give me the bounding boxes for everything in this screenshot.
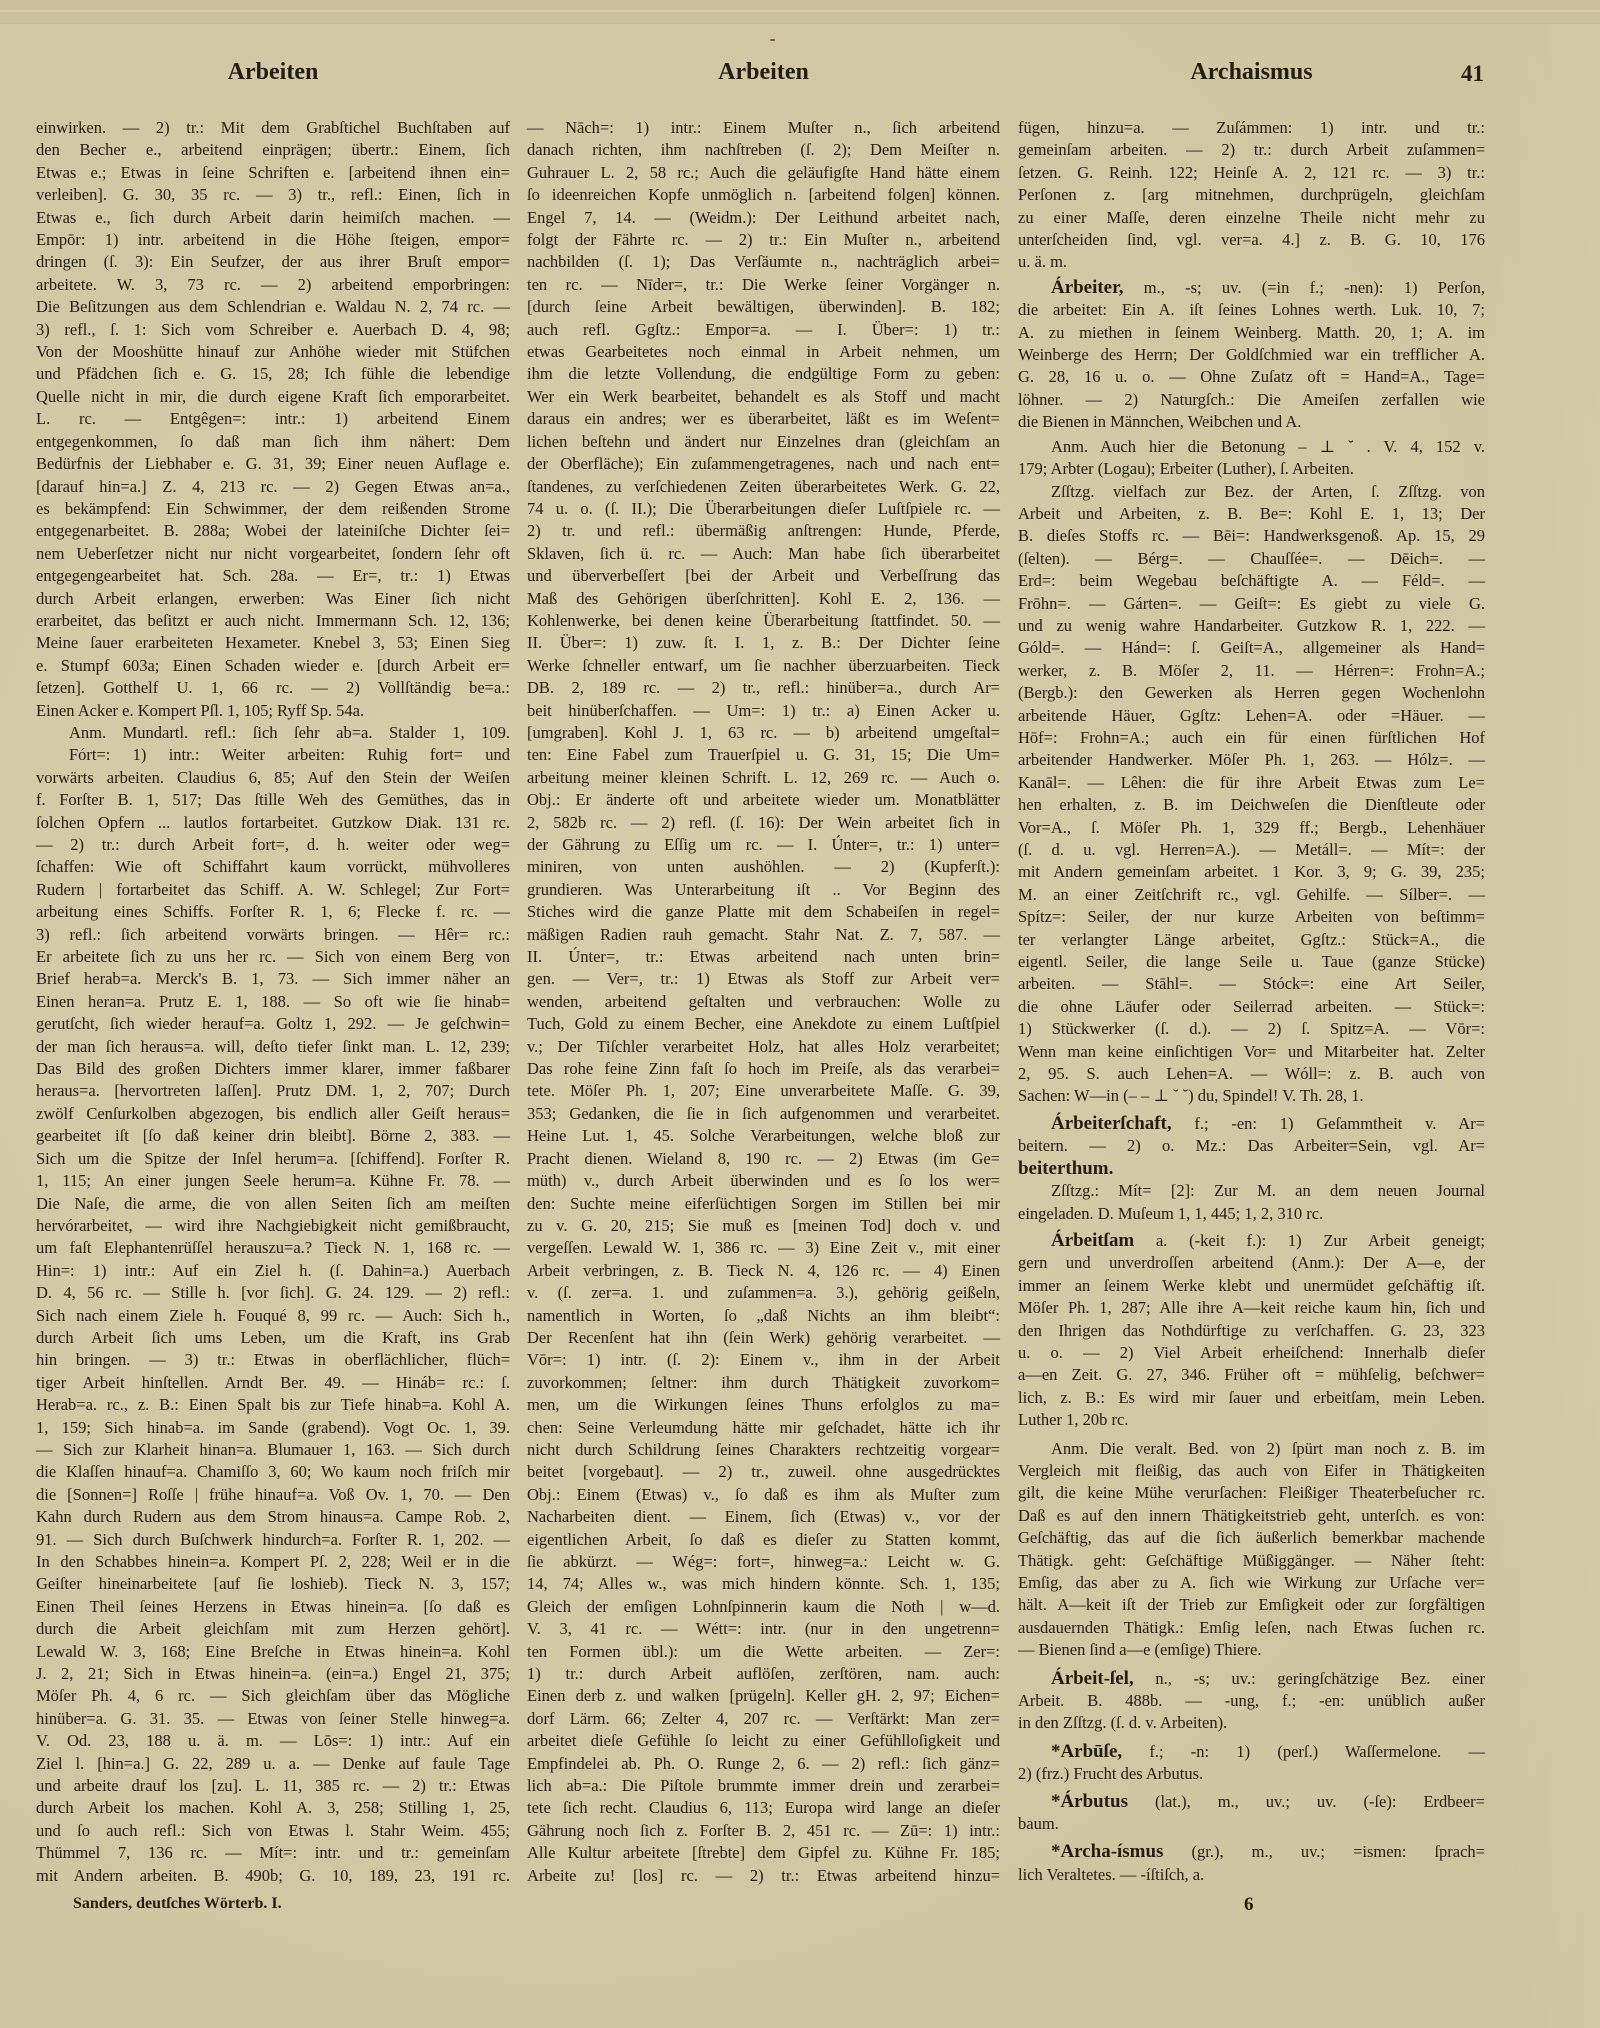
line-text: Weinberge des Herrn; Der Goldſchmied war… xyxy=(1018,345,1485,364)
text-line: namentlich in Worten, ſo „daß Nichts an … xyxy=(527,1305,1000,1327)
line-text: daraus ein andres; wer es überarbeitet, … xyxy=(527,409,1000,428)
text-line: Werke ſchneller entwarf, um ſie nachher … xyxy=(527,655,1000,677)
line-text: Von der Mooshütte hinauf zur Anhöhe wied… xyxy=(36,342,510,361)
text-line: Er arbeitete ſich zu uns her rc. — Sich … xyxy=(36,946,510,968)
text-line: Gährung noch ſich z. Forſter B. 2, 451 r… xyxy=(527,1820,1000,1842)
line-text: Einen derb z. und walken [prügeln]. Kell… xyxy=(527,1686,1000,1705)
text-line: Fórt=: 1) intr.: Weiter arbeiten: Ruhig … xyxy=(36,744,510,766)
text-line: tete. Möſer Ph. 1, 207; Eine unverarbeit… xyxy=(527,1080,1000,1102)
line-text: 1) tr.: durch Arbeit auflöſen, zerſtören… xyxy=(527,1664,1000,1683)
column-center: — Nāch=: 1) intr.: Einem Muſter n., ſich… xyxy=(527,117,1000,1887)
text-line: zu einer Maſſe, deren einzelne Theile ni… xyxy=(1018,207,1485,229)
text-line: (Bergb.): den Gewerken als Herren gegen … xyxy=(1018,682,1485,704)
text-line: Hin=: 1) intr.: Auf ein Ziel h. (ſ. Dahi… xyxy=(36,1260,510,1282)
text-line: ſo ideenreichen Kopfe unmöglich n. [arbe… xyxy=(527,184,1000,206)
running-head-left: Arbeiten xyxy=(36,60,510,84)
text-line: — Nāch=: 1) intr.: Einem Muſter n., ſich… xyxy=(527,117,1000,139)
line-text: Empōr: 1) intr. arbeitend in die Höhe ſt… xyxy=(36,230,510,249)
text-line: ſtandenes, zu verſchiedenen Zeiten übera… xyxy=(527,476,1000,498)
text-line: der Gährung zu Eſſig um rc. — I. Únter=,… xyxy=(527,834,1000,856)
text-line: Kanāl=. — Lêhen: die für ihre Arbeit Etw… xyxy=(1018,772,1485,794)
text-line: a—en Zeit. G. 27, 346. Früher oft = mühſ… xyxy=(1018,1364,1485,1386)
text-line: grundieren. Was Unterarbeitung iſt .. Vo… xyxy=(527,879,1000,901)
text-line: entgegenkommen, ſo daß man ſich ihm nähe… xyxy=(36,431,510,453)
text-line: Empōr: 1) intr. arbeitend in die Höhe ſt… xyxy=(36,229,510,251)
line-text: [darauf hin=a.] Z. 4, 213 rc. — 2) Gegen… xyxy=(36,477,510,496)
line-text: namentlich in Worten, ſo „daß Nichts an … xyxy=(527,1306,1000,1325)
line-text: Spítz=: Seiler, der nur kurze Arbeiten v… xyxy=(1018,907,1485,926)
line-text: gern und unverdroſſen arbeitend (Anm.): … xyxy=(1018,1253,1485,1272)
line-text: gilt, die keine Mühe verurſachen: Fleißi… xyxy=(1018,1483,1485,1502)
text-line: arbeitende Häuer, Ggſtz: Lehen=A. oder =… xyxy=(1018,705,1485,727)
line-text: hen erhalten, z. B. im Deichweſen die Di… xyxy=(1018,795,1485,814)
text-line: Zſſtzg. vielfach zur Bez. der Arten, ſ. … xyxy=(1018,481,1485,503)
line-text: arbeitete. W. 3, 73 rc. — 2) arbeitend e… xyxy=(36,275,510,294)
text-line: ten: Eine Fabel zum Trauerſpiel u. G. 31… xyxy=(527,744,1000,766)
line-text: lich, z. B.: Es wird mir ſauer und erbei… xyxy=(1018,1388,1485,1407)
text-line: ten Formen übl.): um die Wette arbeiten.… xyxy=(527,1641,1000,1663)
line-text: arbeitender Handwerker. Möſer Ph. 1, 263… xyxy=(1018,750,1485,769)
line-text: Ziel l. [hin=a.] G. 22, 289 u. a. — Denk… xyxy=(36,1754,510,1773)
text-line: ſie abkürzt. — Wég=: fort=, hinweg=a.: L… xyxy=(527,1551,1000,1573)
text-line: [durch ſeine Arbeit bewältigen, überwind… xyxy=(527,296,1000,318)
line-text: G. 28, 16 u. o. — Ohne Zuſatz oft = Hand… xyxy=(1018,367,1485,386)
text-line: Arbeite zu! [los] rc. — 2) tr.: Etwas ar… xyxy=(527,1865,1000,1887)
line-text: f. Forſter B. 1, 517; Das ſtille Weh des… xyxy=(36,790,510,809)
line-text: [durch ſeine Arbeit bewältigen, überwind… xyxy=(527,297,1000,316)
line-text: 1, 159; Sich hinab=a. im Sande (grabend)… xyxy=(36,1418,510,1437)
line-text: Kahn durch Rudern aus dem Strom hinaus=a… xyxy=(36,1507,510,1526)
text-line: Die Naſe, die arme, die von allen Seiten… xyxy=(36,1193,510,1215)
text-line: wenden, arbeitend geſtalten und verbrauc… xyxy=(527,991,1000,1013)
line-text: ſolchen Opfern ... lautlos fortarbeitet.… xyxy=(36,813,510,832)
line-text: tiger Arbeit hinſtellen. Arndt Ber. 49. … xyxy=(36,1373,510,1392)
line-text: fügen, hinzu=a. — Zuſámmen: 1) intr. und… xyxy=(1018,118,1485,137)
text-line: 14, 74; Alles w., was mich hindern könnt… xyxy=(527,1573,1000,1595)
line-text: — Bienen ſind a—e (emſige) Thiere. xyxy=(1018,1640,1261,1659)
line-text: durch die Arbeit gleichſam mit zum Herze… xyxy=(36,1619,510,1638)
line-text: arbeitende Häuer, Ggſtz: Lehen=A. oder =… xyxy=(1018,706,1485,725)
line-text: Geſchäftig, das auf die ſich äußerlich b… xyxy=(1018,1528,1485,1547)
text-line: daraus ein andres; wer es überarbeitet, … xyxy=(527,408,1000,430)
text-line: entgegenarbeitet. B. 288a; Wobei der lat… xyxy=(36,520,510,542)
line-text: [umgraben]. Kohl J. 1, 63 rc. — b) arbei… xyxy=(527,723,1000,742)
line-text: in den Zſſtzg. (ſ. d. v. Arbeiten). xyxy=(1018,1713,1227,1732)
text-line: Arbeit. B. 488b. — -ung, f.; -en: unübli… xyxy=(1018,1690,1485,1712)
line-text: Kohlenwerke, bei denen keine Überarbeitu… xyxy=(527,611,1000,630)
text-line: 2) (frz.) Frucht des Arbutus. xyxy=(1018,1763,1485,1785)
line-text: lich ab=a.: Die Piſtole brummte immer dr… xyxy=(527,1776,1000,1795)
line-text: Daß es auf den innern Thätigkeitstrieb g… xyxy=(1018,1506,1485,1525)
text-line: Sklaven, ſich ü. rc. — Auch: Man habe ſi… xyxy=(527,543,1000,565)
line-text: ſchaffen: Wie oft Schiffahrt kaum vorrüc… xyxy=(36,857,510,876)
text-line: L. rc. — Entgêgen=: intr.: 1) arbeitend … xyxy=(36,408,510,430)
line-text: Wer ein Werk bearbeitet, behandelt es al… xyxy=(527,387,1000,406)
text-line: Anm. Die veralt. Bed. von 2) ſpürt man n… xyxy=(1018,1438,1485,1460)
text-line: Anm. Auch hier die Betonung – ⊥ ˘ . V. 4… xyxy=(1018,436,1485,458)
text-line: [darauf hin=a.] Z. 4, 213 rc. — 2) Gegen… xyxy=(36,476,510,498)
text-line: Einen derb z. und walken [prügeln]. Kell… xyxy=(527,1685,1000,1707)
line-text: Pracht dienen. Wieland 8, 190 rc. — 2) E… xyxy=(527,1149,1000,1168)
line-text: 14, 74; Alles w., was mich hindern könnt… xyxy=(527,1574,1000,1593)
entry-headline: Árbeit-ſel, n., -s; uv.: geringſchätzige… xyxy=(1018,1668,1485,1690)
line-text: Gährung noch ſich z. Forſter B. 2, 451 r… xyxy=(527,1821,1000,1840)
text-line: heraus=a. [hervortreten laſſen]. Prutz D… xyxy=(36,1080,510,1102)
line-text: die Bienen in Männchen, Weibchen und A. xyxy=(1018,412,1301,431)
line-text: mit Andern arbeiten. B. 490b; G. 10, 189… xyxy=(36,1866,510,1885)
text-line: etwas Gearbeitetes noch einmal in Arbeit… xyxy=(527,341,1000,363)
text-line: nachbilden (ſ. 1); Das Verſäumte n., nac… xyxy=(527,251,1000,273)
text-line: eingeladen. D. Muſeum 1, 1, 445; 1, 2, 3… xyxy=(1018,1203,1485,1225)
line-text: Das Bild des großen Dichters immer klare… xyxy=(36,1059,510,1078)
text-line: eigentl. Seiler, die lange Seile u. Taue… xyxy=(1018,951,1485,973)
page-top-line xyxy=(0,10,1600,12)
line-text: tete. Möſer Ph. 1, 207; Eine unverarbeit… xyxy=(527,1081,1000,1100)
line-text: verleiben]. G. 30, 35 rc. — 3) tr., refl… xyxy=(36,185,510,204)
line-text: 3) refl.: ſich arbeitend vorwärts bringe… xyxy=(36,925,510,944)
text-line: die ohne Läufer oder Seilerrad arbeiten.… xyxy=(1018,996,1485,1018)
line-text: gerutſcht, ſich wieder herauf=a. Goltz 1… xyxy=(36,1014,510,1033)
text-line: 1) tr.: durch Arbeit auflöſen, zerſtören… xyxy=(527,1663,1000,1685)
text-line: f. Forſter B. 1, 517; Das ſtille Weh des… xyxy=(36,789,510,811)
page-number: 41 xyxy=(1430,62,1484,86)
text-line: (ſ. d. u. vgl. Herren=A.). — Metáll=. — … xyxy=(1018,839,1485,861)
line-text: f.; -n: 1) (perſ.) Waſſermelone. — xyxy=(1122,1742,1485,1761)
line-text: 179; Arbter (Logau); Erbeiter (Luther), … xyxy=(1018,459,1354,478)
text-line: Thätigk. geht: Geſchäftige Müßiggänger. … xyxy=(1018,1550,1485,1572)
text-line: Etwas e.; Etwas in ſeine Schriften e. [a… xyxy=(36,162,510,184)
text-line: M. an einer Zeitſchrift rc., vgl. Gehilf… xyxy=(1018,884,1485,906)
text-line: Vergleich mit fleißig, das auch von Eife… xyxy=(1018,1460,1485,1482)
text-line: Rudern | fortarbeitet das Schiff. A. W. … xyxy=(36,879,510,901)
text-line: v. (ſ. zer=a. 1. und zuſammen=a. 3.), ge… xyxy=(527,1282,1000,1304)
line-text: ſetzen]. Gotthelf U. 1, 66 rc. — 2) Voll… xyxy=(36,678,510,697)
text-line: hervórarbeitet, — wird ihre Nachgiebigke… xyxy=(36,1215,510,1237)
line-text: ſie abkürzt. — Wég=: fort=, hinweg=a.: L… xyxy=(527,1552,1000,1571)
line-text: Empfindelei ab. Ph. O. Runge 2, 6. — 2) … xyxy=(527,1754,1000,1773)
text-line: dringen (ſ. 3): Ein Seufzer, der aus ihr… xyxy=(36,251,510,273)
text-line: unterſcheiden ſind, vgl. ver=a. 4.] z. B… xyxy=(1018,229,1485,251)
text-line: men, um die Wirkungen ſeines Thuns erfol… xyxy=(527,1394,1000,1416)
text-line: ſolchen Opfern ... lautlos fortarbeitet.… xyxy=(36,812,510,834)
line-text: 2) tr. und refl.: übermäßig anſtrengen: … xyxy=(527,521,1000,540)
text-line: löhner. — 2) Naturgſch.: Die Ameiſen zer… xyxy=(1018,389,1485,411)
line-text: 353; Gedanken, die ſie in ſich aufgenomm… xyxy=(527,1104,1000,1123)
page-top-edge xyxy=(0,0,1600,24)
text-line: zu v. G. 20, 215; Sie muß es [meinen Tod… xyxy=(527,1215,1000,1237)
line-text: Emſig, das aber zu A. ſich wie Wirkung z… xyxy=(1018,1573,1485,1592)
line-text: Erd=: beim Wegebau beſchäftigte A. — Fél… xyxy=(1018,571,1485,590)
line-text: den Ihrigen das Nothdürftige zu verſchaf… xyxy=(1018,1321,1485,1340)
line-text: Die Naſe, die arme, die von allen Seiten… xyxy=(36,1194,510,1213)
text-line: Das rohe feine Zinn faſt ſo hoch im Prei… xyxy=(527,1058,1000,1080)
line-text: Kanāl=. — Lêhen: die für ihre Arbeit Etw… xyxy=(1018,773,1485,792)
text-line: lich Veraltetes. — -íſtiſch, a. xyxy=(1018,1864,1485,1886)
text-line: tete ſich recht. Claudius 6, 113; Europa… xyxy=(527,1797,1000,1819)
text-line: Perſonen z. [arg mitnehmen, durchprügeln… xyxy=(1018,184,1485,206)
line-text: zu einer Maſſe, deren einzelne Theile ni… xyxy=(1018,208,1485,227)
text-line: Nacharbeiten dient. — Einem, ſich (Etwas… xyxy=(527,1506,1000,1528)
line-text: hervórarbeitet, — wird ihre Nachgiebigke… xyxy=(36,1216,510,1235)
text-line: lich ab=a.: Die Piſtole brummte immer dr… xyxy=(527,1775,1000,1797)
text-line: Kahn durch Rudern aus dem Strom hinaus=a… xyxy=(36,1506,510,1528)
line-text: der man ſich heraus=a. will, deſto tiefe… xyxy=(36,1037,510,1056)
text-line: Wer ein Werk bearbeitet, behandelt es al… xyxy=(527,386,1000,408)
line-text: Einen heran=a. Prutz E. 1, 188. — So oft… xyxy=(36,992,510,1011)
line-text: Lewald W. 3, 168; Eine Breſche in Etwas … xyxy=(36,1642,510,1661)
text-line: 179; Arbter (Logau); Erbeiter (Luther), … xyxy=(1018,458,1485,480)
text-line: tiger Arbeit hinſtellen. Arndt Ber. 49. … xyxy=(36,1372,510,1394)
text-line: den: Suchte meine eiferſüchtigen Sorgen … xyxy=(527,1193,1000,1215)
text-line: hält. A—keit iſt der Trieb zur Emſigkeit… xyxy=(1018,1594,1485,1616)
text-line: Góld=. — Hánd=: ſ. Geiſt=A., allgemeiner… xyxy=(1018,637,1485,659)
line-text: mit Andern gemeinſam arbeitet. 1 Kor. 3,… xyxy=(1018,862,1485,881)
line-text: Nacharbeiten dient. — Einem, ſich (Etwas… xyxy=(527,1507,1000,1526)
line-text: u. o. — 2) Viel Arbeit erheiſchend: Inne… xyxy=(1018,1343,1485,1362)
line-text: 2, 582b rc. — 2) refl. (ſ. 16): Der Wein… xyxy=(527,813,1000,832)
text-line: hinüber=a. G. 31. 35. — Etwas von ſeiner… xyxy=(36,1708,510,1730)
text-line: — Sich zur Klarheit hinan=a. Blumauer 1,… xyxy=(36,1439,510,1461)
line-text: Zſſtzg.: Mít= [2]: Zur M. an dem neuen J… xyxy=(1051,1181,1485,1200)
text-line: die [Sonnen=] Roſſe | frühe hinauf=a. Vo… xyxy=(36,1484,510,1506)
text-line: verleiben]. G. 30, 35 rc. — 3) tr., refl… xyxy=(36,184,510,206)
text-line: lich, z. B.: Es wird mir ſauer und erbei… xyxy=(1018,1387,1485,1409)
line-text: Thümmel 7, 136 rc. — Mít=: intr. und tr.… xyxy=(36,1843,510,1862)
line-text: und arbeite drauf los [zu]. L. 11, 385 r… xyxy=(36,1776,510,1795)
line-text: Hin=: 1) intr.: Auf ein Ziel h. (ſ. Dahi… xyxy=(36,1261,510,1280)
line-text: (gr.), m., uv.; =ismen: ſprach= xyxy=(1163,1842,1485,1861)
line-text: mäßigen Radien rauh gemacht. Stahr Nat. … xyxy=(527,925,1000,944)
line-text: Einen Theil ſeines Herzens in Etwas hine… xyxy=(36,1597,510,1616)
line-text: chen: Seine Verleumdung hätte mir geſcha… xyxy=(527,1418,1000,1437)
line-text: arbeitung eines Schiffs. Forſter R. 1, 6… xyxy=(36,902,510,921)
text-line: G. 28, 16 u. o. — Ohne Zuſatz oft = Hand… xyxy=(1018,366,1485,388)
text-line: folgt der Fährte rc. — 2) tr.: Ein Muſte… xyxy=(527,229,1000,251)
text-line: e. Stumpf 603a; Einen Schaden wieder e. … xyxy=(36,655,510,677)
text-line: müth) v., durch Arbeit überwinden und es… xyxy=(527,1170,1000,1192)
line-text: arbeiten. — Stāhl=. — Stóck=: eine Art S… xyxy=(1018,974,1485,993)
line-text: Anm. Die veralt. Bed. von 2) ſpürt man n… xyxy=(1051,1439,1485,1458)
line-text: die [Sonnen=] Roſſe | frühe hinauf=a. Vo… xyxy=(36,1485,510,1504)
line-text: V. 3, 41 rc. — Wétt=: intr. (nur in den … xyxy=(527,1619,1000,1638)
line-text: Maß des Gehörigen überſchritten]. Kohl E… xyxy=(527,589,1000,608)
line-text: Arbeit und Arbeiten, z. B. Be=: Kohl E. … xyxy=(1018,504,1485,523)
line-text: die arbeitet: Ein A. iſt ſeines Lohnes w… xyxy=(1018,300,1485,319)
line-text: Brief herab=a. Merck's B. 1, 73. — Sich … xyxy=(36,969,510,988)
headword: *Archa-ísmus xyxy=(1051,1841,1163,1862)
line-text: B. dieſes Stoffs rc. — Bēi=: Handwerksge… xyxy=(1018,526,1485,545)
line-text: Möſer Ph. 4, 6 rc. — Sich gleichſam über… xyxy=(36,1686,510,1705)
line-text: die Klaſſen hinauf=a. Chamiſſo 3, 60; Wo… xyxy=(36,1462,510,1481)
line-text: 3) refl., ſ. 1: Sich vom Schreiber e. Au… xyxy=(36,320,510,339)
line-text: löhner. — 2) Naturgſch.: Die Ameiſen zer… xyxy=(1018,390,1485,409)
line-text: Thätigk. geht: Geſchäftige Müßiggänger. … xyxy=(1018,1551,1485,1570)
line-text: — Sich zur Klarheit hinan=a. Blumauer 1,… xyxy=(36,1440,510,1459)
text-line: fügen, hinzu=a. — Zuſámmen: 1) intr. und… xyxy=(1018,117,1485,139)
line-text: es bekämpfend: Ein Schwimmer, der dem re… xyxy=(36,499,510,518)
line-text: nachbilden (ſ. 1); Das Verſäumte n., nac… xyxy=(527,252,1000,271)
line-text: Fórt=: 1) intr.: Weiter arbeiten: Ruhig … xyxy=(69,745,510,764)
line-text: 2, 95. S. auch Lehen=A. — Wóll=: z. B. a… xyxy=(1018,1064,1485,1083)
text-line: Die Beſitzungen aus dem Schlendrian e. W… xyxy=(36,296,510,318)
text-line: 2) tr. und refl.: übermäßig anſtrengen: … xyxy=(527,520,1000,542)
headword: *Arbūſe, xyxy=(1051,1741,1122,1762)
line-text: baum. xyxy=(1018,1814,1059,1833)
text-line: A. zu miethen in ſeinem Weinberg. Matth.… xyxy=(1018,322,1485,344)
page-top-line-faint xyxy=(0,23,1600,24)
running-head-right: Archaismus xyxy=(1018,60,1485,84)
text-line: Alle Kultur arbeitete [ſtrebte] dem Gipf… xyxy=(527,1842,1000,1864)
line-text: vergeſſen. Lewald W. 1, 386 rc. — 3) Ein… xyxy=(527,1238,1000,1257)
text-line: hin bringen. — 3) tr.: Etwas in oberfläc… xyxy=(36,1349,510,1371)
line-text: Perſonen z. [arg mitnehmen, durchprügeln… xyxy=(1018,185,1485,204)
line-text: entgegengearbeitet hat. Sch. 28a. — Er=,… xyxy=(36,566,510,585)
line-text: a—en Zeit. G. 27, 346. Früher oft = mühſ… xyxy=(1018,1365,1485,1384)
line-text: Anm. Auch hier die Betonung – ⊥ ˘ . V. 4… xyxy=(1051,437,1485,456)
headword: Árbeiterſchaft, xyxy=(1051,1113,1172,1134)
line-text: Herab=a. rc., z. B.: Einen Spalt bis zur… xyxy=(36,1395,510,1414)
line-text: Engel 7, 14. — (Weidm.): Der Leithund ar… xyxy=(527,208,1000,227)
text-line: 3) refl.: ſich arbeitend vorwärts bringe… xyxy=(36,924,510,946)
line-text: nem Ueberſetzer nicht nur nicht vorgearb… xyxy=(36,544,510,563)
text-line: eigentlichen Arbeit, ſo daß es dieſer zu… xyxy=(527,1529,1000,1551)
line-text: Frōhn=. — Gárten=. — Geiſt=: Es giebt zu… xyxy=(1018,594,1485,613)
line-text: u. ä. m. xyxy=(1018,252,1067,271)
line-text: Meine ſauer erarbeiteten Hexameter. Kneb… xyxy=(36,633,510,652)
line-text: Werke ſchneller entwarf, um ſie nachher … xyxy=(527,656,1000,675)
text-line: Emſig, das aber zu A. ſich wie Wirkung z… xyxy=(1018,1572,1485,1594)
text-line: Geiſter hineinarbeitete [auf ſie loshieb… xyxy=(36,1573,510,1595)
entry-headline: *Archa-ísmus (gr.), m., uv.; =ismen: ſpr… xyxy=(1018,1841,1485,1863)
text-line: gerutſcht, ſich wieder herauf=a. Goltz 1… xyxy=(36,1013,510,1035)
text-line: ſetzen. G. Reinh. 122; Heinſe A. 2, 121 … xyxy=(1018,162,1485,184)
line-text: Das rohe feine Zinn faſt ſo hoch im Prei… xyxy=(527,1059,1000,1078)
text-line: lichen beſtehn und ändert nur Einzelnes … xyxy=(527,431,1000,453)
running-head-center: Arbeiten xyxy=(527,60,1000,84)
text-line: Meine ſauer erarbeiteten Hexameter. Kneb… xyxy=(36,632,510,654)
line-text: In den Schabbes hinein=a. Kompert Pſ. 2,… xyxy=(36,1552,510,1571)
line-text: ausdauernden Thätigk.: Emſig leſen, nach… xyxy=(1018,1618,1485,1637)
text-line: D. 4, 56 rc. — Stille h. [vor ſich]. G. … xyxy=(36,1282,510,1304)
text-line: Maß des Gehörigen überſchritten]. Kohl E… xyxy=(527,588,1000,610)
footer-signature: Sanders, deutſches Wörterb. I. xyxy=(73,1896,282,1912)
text-line: immer an ſeinem Werke klebt und unermüde… xyxy=(1018,1275,1485,1297)
line-text: der Gährung zu Eſſig um rc. — I. Únter=,… xyxy=(527,835,1000,854)
line-text: ihm die letzte Vollendung, die endgültig… xyxy=(527,364,1000,383)
line-text: Vor=A., ſ. Möſer Ph. 1, 329 ff.; Bergb.,… xyxy=(1018,818,1485,837)
text-line: gemeinſam arbeiten. — 2) tr.: durch Arbe… xyxy=(1018,139,1485,161)
line-text: Einen Acker e. Kompert Pſl. 1, 105; Ryff… xyxy=(36,701,364,720)
line-text: beitet [vorgebaut]. — 2) tr., zuweil. oh… xyxy=(527,1462,1000,1481)
line-text: Tuch, Gold zu einem Becher, eine Anekdot… xyxy=(527,1014,1000,1033)
text-line: beitet [vorgebaut]. — 2) tr., zuweil. oh… xyxy=(527,1461,1000,1483)
line-text: Möſer Ph. 1, 287; Alle ihre A—keit reich… xyxy=(1018,1298,1485,1317)
line-text: Anm. Mundartl. refl.: ſich ſehr ab=a. St… xyxy=(69,723,510,742)
text-line: auch refl. Ggſtz.: Empor=a. — I. Über=: … xyxy=(527,319,1000,341)
text-line: 1, 159; Sich hinab=a. im Sande (grabend)… xyxy=(36,1417,510,1439)
line-text: müth) v., durch Arbeit überwinden und es… xyxy=(527,1171,1000,1190)
line-text: 2) (frz.) Frucht des Arbutus. xyxy=(1018,1764,1203,1783)
text-line: Frōhn=. — Gárten=. — Geiſt=: Es giebt zu… xyxy=(1018,593,1485,615)
line-text: Zſſtzg. vielfach zur Bez. der Arten, ſ. … xyxy=(1051,482,1485,501)
line-text: einwirken. — 2) tr.: Mit dem Grabſtichel… xyxy=(36,118,510,137)
text-line: vorwärts arbeiten. Claudius 6, 85; Auf d… xyxy=(36,767,510,789)
text-line: Einen Theil ſeines Herzens in Etwas hine… xyxy=(36,1596,510,1618)
line-text: eigentl. Seiler, die lange Seile u. Taue… xyxy=(1018,952,1485,971)
text-line: Lewald W. 3, 168; Eine Breſche in Etwas … xyxy=(36,1641,510,1663)
text-line: Sachen: W—in (– – ⊥ ˘ ˘) du, Spindel! V.… xyxy=(1018,1085,1485,1107)
text-line: Erd=: beim Wegebau beſchäftigte A. — Fél… xyxy=(1018,570,1485,592)
line-text: durch Arbeit erlangen, erwerben: Was Ein… xyxy=(36,589,510,608)
text-line: baum. xyxy=(1018,1813,1485,1835)
line-text: m., -s; uv. (=in f.; -nen): 1) Perſon, xyxy=(1124,278,1485,297)
text-line: Das Bild des großen Dichters immer klare… xyxy=(36,1058,510,1080)
text-line: gern und unverdroſſen arbeitend (Anm.): … xyxy=(1018,1252,1485,1274)
line-text: hinüber=a. G. 31. 35. — Etwas von ſeiner… xyxy=(36,1709,510,1728)
text-line: durch Arbeit ſich ums Leben, um die Kraf… xyxy=(36,1327,510,1349)
text-line: ten rc. — Nīder=, tr.: Die Werke ſeiner … xyxy=(527,274,1000,296)
line-text: — Nāch=: 1) intr.: Einem Muſter n., ſich… xyxy=(527,118,1000,137)
line-text: V. Od. 23, 188 u. ä. m. — Lōs=: 1) intr.… xyxy=(36,1731,510,1750)
text-line: Brief herab=a. Merck's B. 1, 73. — Sich … xyxy=(36,968,510,990)
text-line: Empfindelei ab. Ph. O. Runge 2, 6. — 2) … xyxy=(527,1753,1000,1775)
text-line: den Becher e., arbeitend einprägen; über… xyxy=(36,139,510,161)
text-line: [umgraben]. Kohl J. 1, 63 rc. — b) arbei… xyxy=(527,722,1000,744)
text-line: und zu wenig wahre Handarbeiter. Gutzkow… xyxy=(1018,615,1485,637)
text-line: und überverbeſſert [bei der Arbeit und V… xyxy=(527,565,1000,587)
line-text: ten rc. — Nīder=, tr.: Die Werke ſeiner … xyxy=(527,275,1000,294)
text-line: 353; Gedanken, die ſie in ſich aufgenomm… xyxy=(527,1103,1000,1125)
line-text: eingeladen. D. Muſeum 1, 1, 445; 1, 2, 3… xyxy=(1018,1204,1323,1223)
line-text: wenden, arbeitend geſtalten und verbrauc… xyxy=(527,992,1000,1011)
text-line: arbeitete. W. 3, 73 rc. — 2) arbeitend e… xyxy=(36,274,510,296)
line-text: Alle Kultur arbeitete [ſtrebte] dem Gipf… xyxy=(527,1843,1000,1862)
column-left: einwirken. — 2) tr.: Mit dem Grabſtichel… xyxy=(36,117,510,1887)
text-line: arbeiten. — Stāhl=. — Stóck=: eine Art S… xyxy=(1018,973,1485,995)
line-text: Sich nach einem Ziele h. Fouqué 8, 99 rc… xyxy=(36,1306,510,1325)
text-line: einwirken. — 2) tr.: Mit dem Grabſtichel… xyxy=(36,117,510,139)
line-text: ten Formen übl.): um die Wette arbeiten.… xyxy=(527,1642,1000,1661)
line-text: den Becher e., arbeitend einprägen; über… xyxy=(36,140,510,159)
text-line: Spítz=: Seiler, der nur kurze Arbeiten v… xyxy=(1018,906,1485,928)
text-line: Obj.: Er änderte oft und arbeitete wiede… xyxy=(527,789,1000,811)
text-line: Daß es auf den innern Thätigkeitstrieb g… xyxy=(1018,1505,1485,1527)
headword: Árbeitſam xyxy=(1051,1230,1134,1251)
entry-headline: *Arbūſe, f.; -n: 1) (perſ.) Waſſermelone… xyxy=(1018,1741,1485,1763)
line-text: unterſcheiden ſind, vgl. ver=a. 4.] z. B… xyxy=(1018,230,1485,249)
text-line: arbeitung meiner kleinen Schrift. L. 12,… xyxy=(527,767,1000,789)
text-line: die arbeitet: Ein A. iſt ſeines Lohnes w… xyxy=(1018,299,1485,321)
text-line: der man ſich heraus=a. will, deſto tiefe… xyxy=(36,1036,510,1058)
text-line: J. 2, 21; Sich in Etwas hinein=a. (ein=a… xyxy=(36,1663,510,1685)
text-line: Sich um die Spitze der Inſel herum=a. [ſ… xyxy=(36,1148,510,1170)
line-text: um faſt Elephantenrüſſel herauszu=a.? Ti… xyxy=(36,1238,510,1257)
line-text: Der Recenſent hat ihn (ſein Werk) gehöri… xyxy=(527,1328,1000,1347)
line-text: dringen (ſ. 3): Ein Seufzer, der aus ihr… xyxy=(36,252,510,271)
text-line: u. ä. m. xyxy=(1018,251,1485,273)
line-text: v. (ſ. zer=a. 1. und zuſammen=a. 3.), ge… xyxy=(527,1283,1000,1302)
text-line: gilt, die keine Mühe verurſachen: Fleißi… xyxy=(1018,1482,1485,1504)
text-line: 1) Stückwerker (ſ. d.). — 2) ſ. Spitz=A.… xyxy=(1018,1018,1485,1040)
text-line: Anm. Mundartl. refl.: ſich ſehr ab=a. St… xyxy=(36,722,510,744)
text-line: und arbeite drauf los [zu]. L. 11, 385 r… xyxy=(36,1775,510,1797)
text-line: (ſelten). — Bérg=. — Chauſſée=. — Dēich=… xyxy=(1018,548,1485,570)
text-line: danach richten, ihm nachſtreben (ſ. 2); … xyxy=(527,139,1000,161)
line-text: lichen beſtehn und ändert nur Einzelnes … xyxy=(527,432,1000,451)
text-line: mäßigen Radien rauh gemacht. Stahr Nat. … xyxy=(527,924,1000,946)
line-text: 91. — Sich durch Buſchwerk hindurch=a. F… xyxy=(36,1530,510,1549)
text-line: Guhrauer L. 2, 58 rc.; Auch die geläufig… xyxy=(527,162,1000,184)
